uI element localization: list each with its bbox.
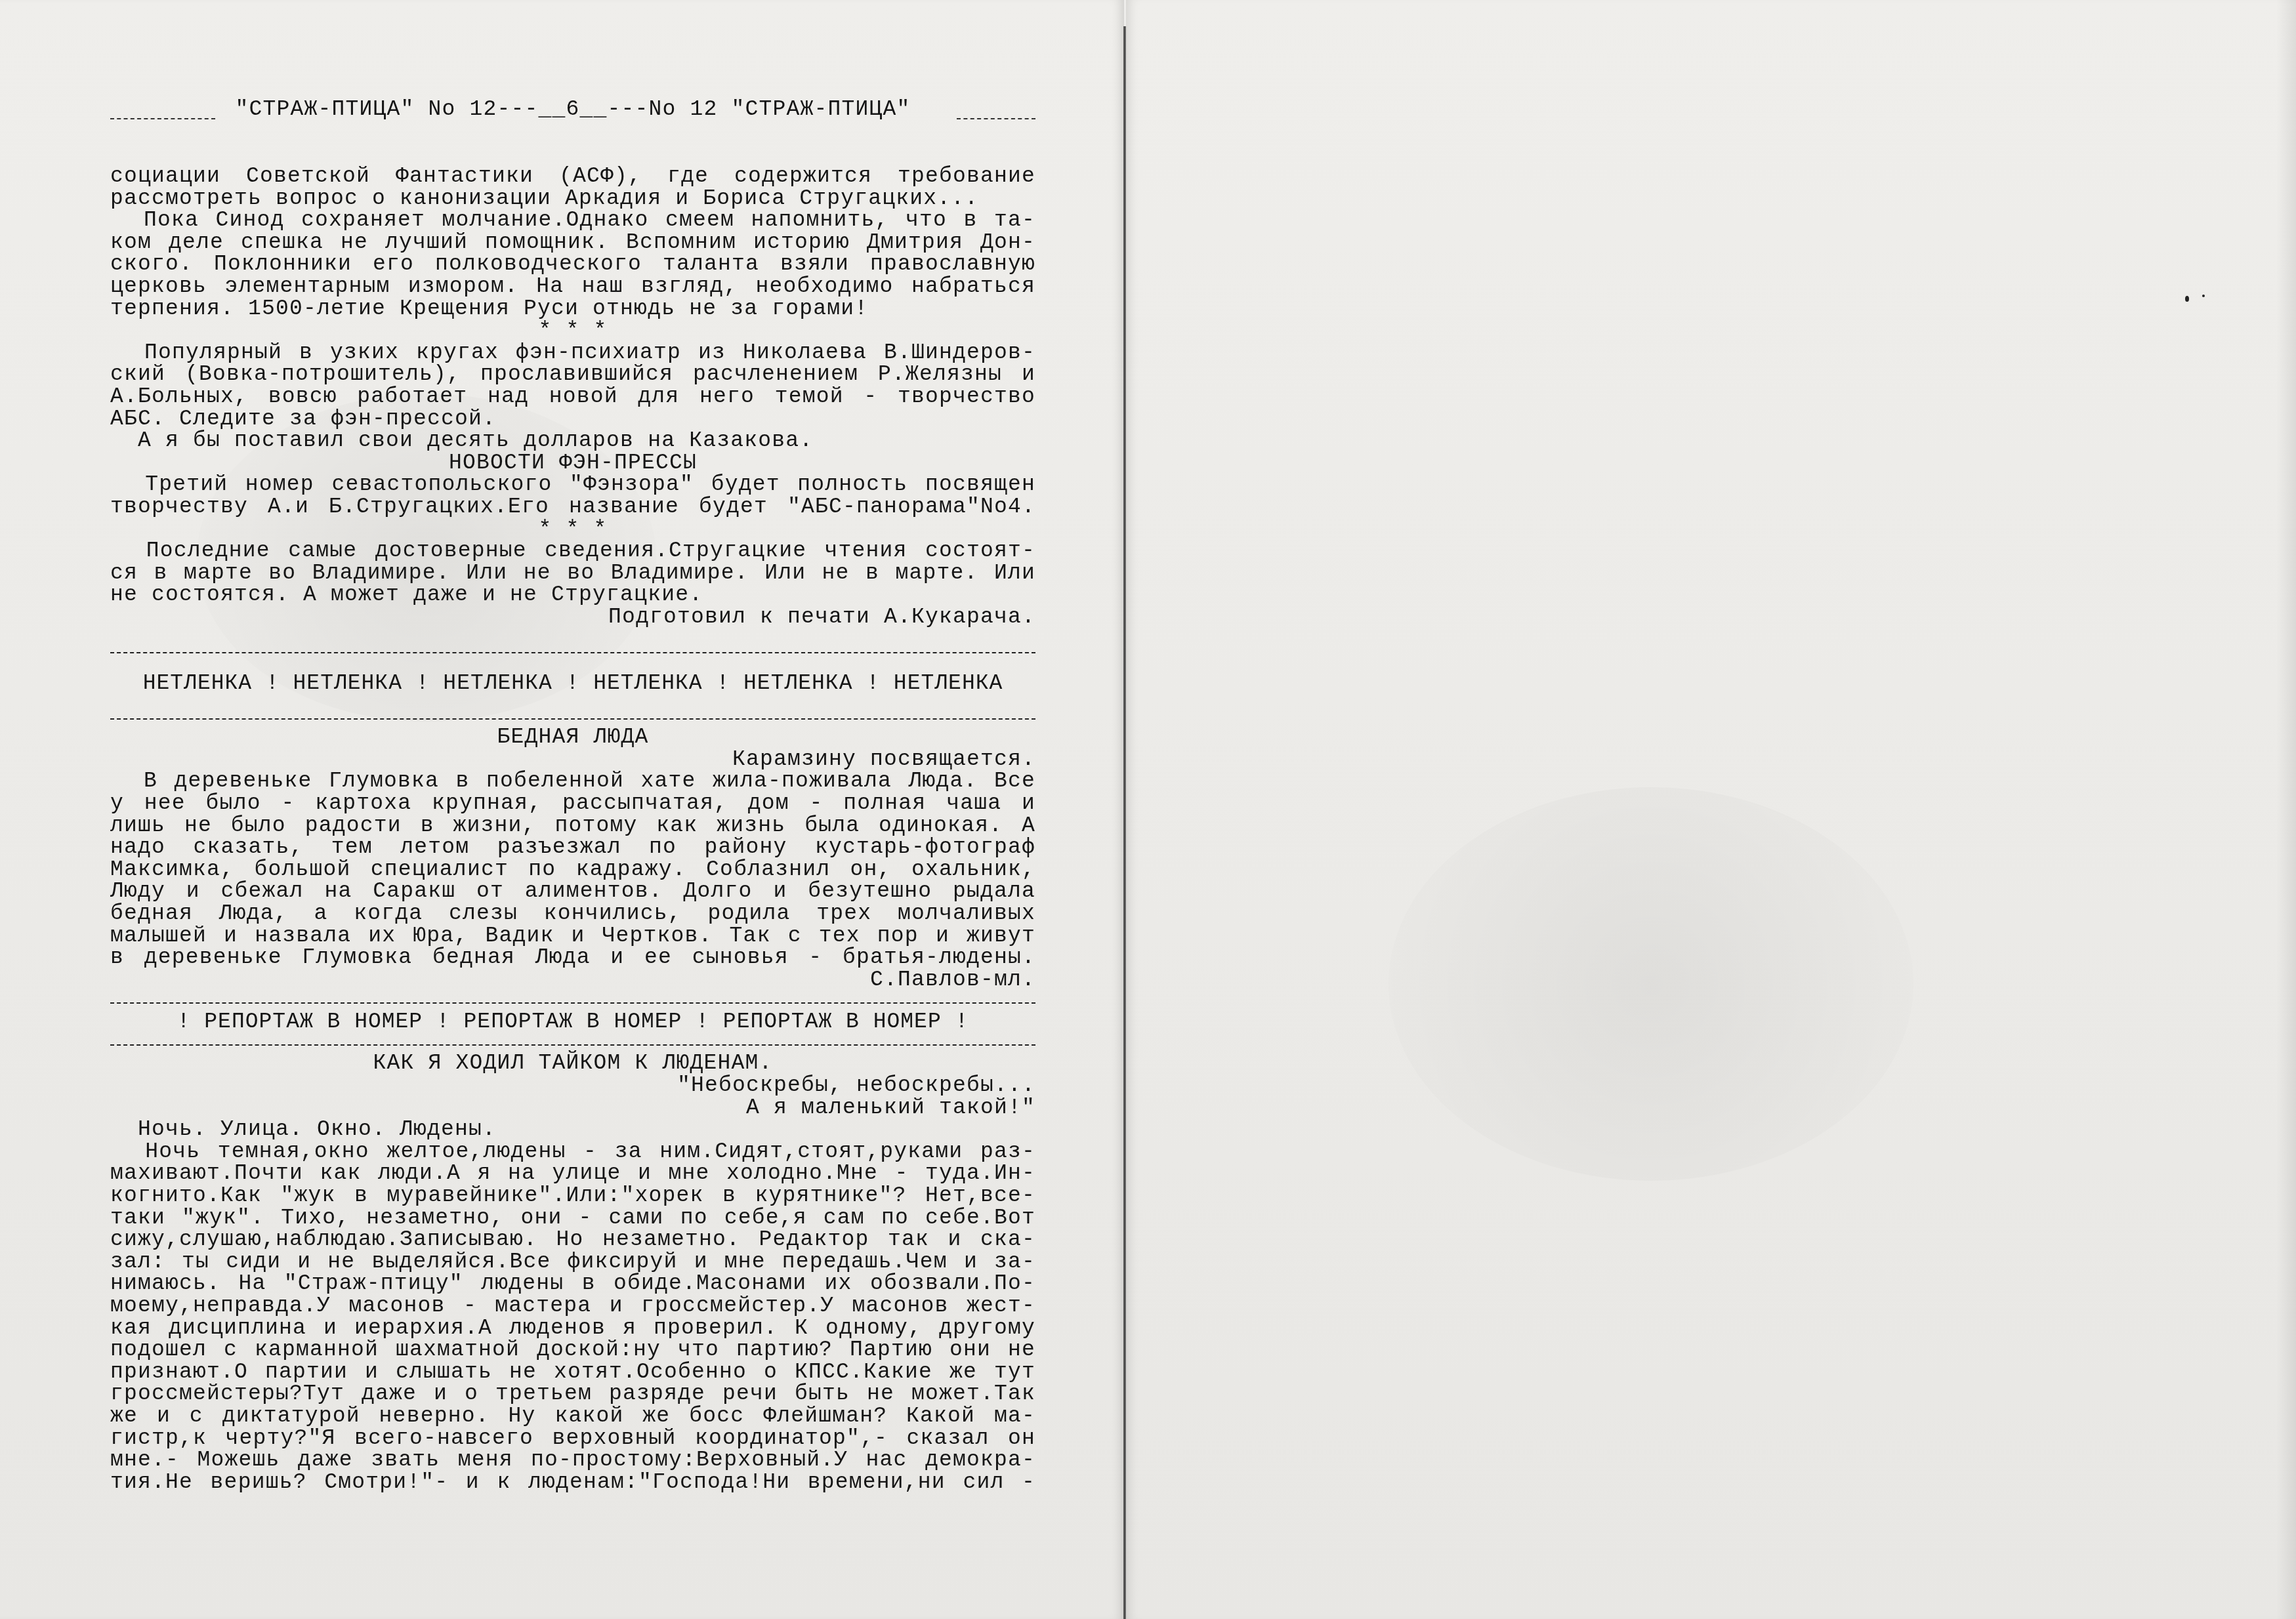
body-line: социации Советской Фантастики (АСФ), где… bbox=[110, 165, 1035, 188]
centered-heading: * * * bbox=[110, 518, 1035, 541]
body-line: не состоятся. А может даже и не Стругацк… bbox=[110, 584, 1035, 606]
body-line: рассмотреть вопрос о канонизации Аркадия… bbox=[110, 188, 1035, 210]
body-line: бедная Люда, а когда слезы кончились, ро… bbox=[110, 903, 1035, 925]
body-line: А.Больных, вовсю работает над новой для … bbox=[110, 386, 1035, 408]
section-divider bbox=[110, 718, 1035, 720]
body-line: подошел с карманной шахматной доской:ну … bbox=[110, 1339, 1035, 1361]
body-line: махивают.Почти как люди.А я на улице и м… bbox=[110, 1162, 1035, 1185]
body-line: сижу,слушаю,наблюдаю.Записываю. Но незам… bbox=[110, 1229, 1035, 1251]
body-line: ся в марте во Владимире. Или не во Влади… bbox=[110, 562, 1035, 584]
signature-line: А я маленький такой!" bbox=[110, 1097, 1035, 1119]
body-line: кая дисциплина и иерархия.А люденов я пр… bbox=[110, 1317, 1035, 1340]
body-line: гроссмейстеры?Тут даже и о третьем разря… bbox=[110, 1383, 1035, 1405]
ink-speck bbox=[2202, 295, 2205, 297]
body-line: творчеству А.и Б.Стругацких.Его название… bbox=[110, 496, 1035, 518]
body-line: лишь не было радости в жизни, потому как… bbox=[110, 815, 1035, 837]
body-line: зал: ты сиди и не выделяйся.Все фиксируй… bbox=[110, 1251, 1035, 1273]
body-line: Популярный в узких кругах фэн-психиатр и… bbox=[110, 342, 1035, 364]
body-line: мне.- Можешь даже звать меня по-простому… bbox=[110, 1449, 1035, 1471]
running-header: "СТРАЖ-ПТИЦА" No 12---__6__---No 12 "СТР… bbox=[110, 98, 1035, 121]
section-banner: ! РЕПОРТАЖ В НОМЕР ! РЕПОРТАЖ В НОМЕР ! … bbox=[110, 1011, 1035, 1033]
body-line: признают.О партии и слышать не хотят.Осо… bbox=[110, 1361, 1035, 1383]
ink-speck bbox=[2185, 296, 2189, 302]
section-banner: НЕТЛЕНКА ! НЕТЛЕНКА ! НЕТЛЕНКА ! НЕТЛЕНК… bbox=[110, 672, 1035, 695]
body-line: Максимка, большой специалист по кадражу.… bbox=[110, 859, 1035, 881]
centered-heading: * * * bbox=[110, 319, 1035, 342]
header-rule bbox=[110, 118, 215, 119]
body-line: Ночь. Улица. Окно. Людены. bbox=[110, 1118, 1035, 1141]
centered-heading: КАК Я ХОДИЛ ТАЙКОМ К ЛЮДЕНАМ. bbox=[110, 1052, 1035, 1075]
body-line: нимаюсь. На "Страж-птицу" людены в обиде… bbox=[110, 1273, 1035, 1295]
section-divider bbox=[110, 652, 1035, 653]
paper-edge bbox=[2276, 0, 2296, 1619]
signature-line: Подготовил к печати А.Кукарача. bbox=[110, 606, 1035, 628]
signature-line: Карамзину посвящается. bbox=[110, 748, 1035, 771]
body-line: Последние самые достоверные сведения.Стр… bbox=[110, 540, 1035, 562]
body-line: АБС. Следите за фэн-прессой. bbox=[110, 408, 1035, 430]
header-rule bbox=[957, 118, 1035, 119]
body-line: Третий номер севастопольского "Фэнзора" … bbox=[110, 474, 1035, 496]
body-line: малышей и назвала их Юра, Вадик и Чертко… bbox=[110, 925, 1035, 947]
body-line: ком деле спешка не лучший помощник. Вспо… bbox=[110, 232, 1035, 254]
body-line: гистр,к черту?"Я всего-навсего верховный… bbox=[110, 1427, 1035, 1450]
body-line: Люду и сбежал на Саракш от алиментов. До… bbox=[110, 880, 1035, 903]
body-line: надо сказать, тем летом разъезжал по рай… bbox=[110, 836, 1035, 859]
body-line: в деревеньке Глумовка бедная Люда и ее с… bbox=[110, 947, 1035, 969]
body-line: таки "жук". Тихо, незаметно, они - сами … bbox=[110, 1207, 1035, 1229]
body-line: Пока Синод сохраняет молчание.Однако сме… bbox=[110, 209, 1035, 232]
body-line: же и с диктатурой неверно. Ну какой же б… bbox=[110, 1405, 1035, 1427]
body-line: А я бы поставил свои десять долларов на … bbox=[110, 430, 1035, 452]
section-divider bbox=[110, 1002, 1035, 1004]
body-line: Ночь темная,окно желтое,людены - за ним.… bbox=[110, 1141, 1035, 1163]
body-line: терпения. 1500-летие Крещения Руси отнюд… bbox=[110, 298, 1035, 320]
paper-stain bbox=[1388, 787, 1913, 1181]
body-line: ского. Поклонники его полководческого та… bbox=[110, 253, 1035, 276]
body-line: тия.Не веришь? Смотри!"- и к люденам:"Го… bbox=[110, 1471, 1035, 1494]
signature-line: "Небоскребы, небоскребы... bbox=[110, 1075, 1035, 1097]
centered-heading: БЕДНАЯ ЛЮДА bbox=[110, 726, 1035, 748]
body-line: церковь элементарным измором. На наш взг… bbox=[110, 276, 1035, 298]
signature-line: С.Павлов-мл. bbox=[110, 969, 1035, 991]
body-line: когнито.Как "жук в муравейнике".Или:"хор… bbox=[110, 1185, 1035, 1207]
body-line: моему,неправда.У масонов - мастера и гро… bbox=[110, 1295, 1035, 1317]
centered-heading: НОВОСТИ ФЭН-ПРЕССЫ bbox=[110, 452, 1035, 474]
body-line: В деревеньке Глумовка в побеленной хате … bbox=[110, 770, 1035, 792]
scanned-spread: "СТРАЖ-ПТИЦА" No 12---__6__---No 12 "СТР… bbox=[0, 0, 2296, 1619]
body-line: ский (Вовка-потрошитель), прославившийся… bbox=[110, 363, 1035, 386]
section-divider bbox=[110, 1044, 1035, 1046]
page-left: "СТРАЖ-ПТИЦА" No 12---__6__---No 12 "СТР… bbox=[0, 0, 1124, 1619]
page-right: "СТРАЖ-ПТИЦА" No 12---__7__---No 12 "СТР… bbox=[1126, 0, 2296, 1619]
body-line: у нее было - картоха крупная, рассыпчата… bbox=[110, 792, 1035, 815]
